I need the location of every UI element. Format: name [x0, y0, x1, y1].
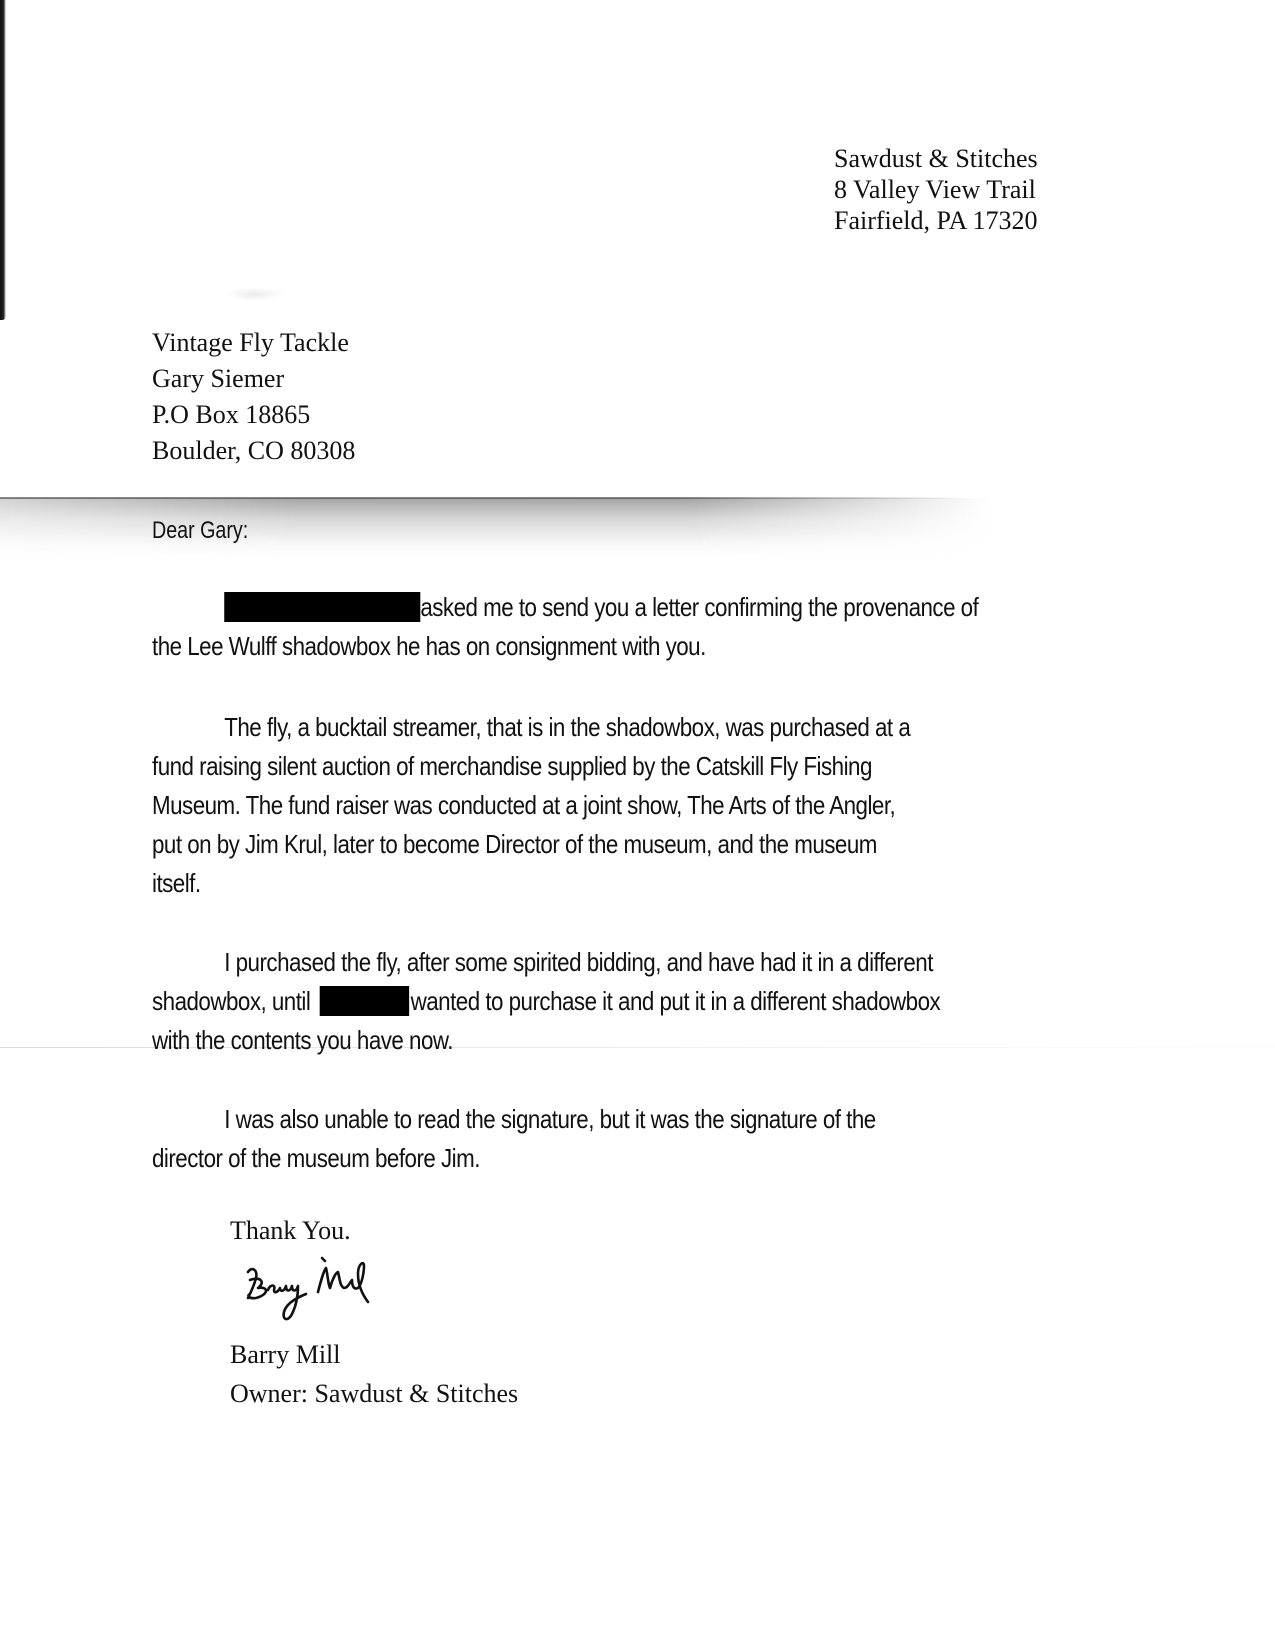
paragraph-2-line-5: itself. — [152, 864, 1021, 903]
paragraph-4-line-2: director of the museum before Jim. — [152, 1139, 1021, 1178]
paragraph-2: The fly, a bucktail streamer, that is in… — [152, 708, 1021, 903]
handwritten-signature — [240, 1250, 440, 1330]
paragraph-2-line-1: The fly, a bucktail streamer, that is in… — [224, 712, 910, 742]
closing: Thank You. — [230, 1213, 351, 1249]
paragraph-3: I purchased the fly, after some spirited… — [152, 943, 1021, 1060]
paragraph-2-line-4: put on by Jim Krul, later to become Dire… — [152, 825, 1021, 864]
signer-name: Barry Mill — [230, 1335, 518, 1374]
signer-title: Owner: Sawdust & Stitches — [230, 1374, 518, 1413]
sender-city: Fairfield, PA 17320 — [834, 205, 1038, 236]
paragraph-4-line-1: I was also unable to read the signature,… — [224, 1104, 875, 1134]
fold-shadow — [0, 498, 990, 558]
recipient-city: Boulder, CO 80308 — [152, 433, 355, 469]
paragraph-1-line-1: asked me to send you a letter confirming… — [420, 592, 978, 622]
paragraph-3-line-2b: wanted to purchase it and put it in a di… — [411, 986, 941, 1016]
paragraph-2-line-3: Museum. The fund raiser was conducted at… — [152, 786, 1021, 825]
paragraph-3-line-2a: shadowbox, until — [152, 986, 310, 1016]
sender-street: 8 Valley View Trail — [834, 174, 1038, 205]
recipient-name: Gary Siemer — [152, 361, 355, 397]
paragraph-3-line-1: I purchased the fly, after some spirited… — [224, 947, 933, 977]
signer-block: Barry Mill Owner: Sawdust & Stitches — [230, 1335, 518, 1413]
recipient-po-box: P.O Box 18865 — [152, 397, 355, 433]
paragraph-4: I was also unable to read the signature,… — [152, 1100, 1021, 1178]
redaction-block — [319, 986, 408, 1016]
recipient-address: Vintage Fly Tackle Gary Siemer P.O Box 1… — [152, 325, 355, 469]
paper-edge-shadow — [0, 0, 6, 320]
redaction-block — [224, 592, 420, 622]
sender-address: Sawdust & Stitches 8 Valley View Trail F… — [834, 143, 1038, 236]
salutation: Dear Gary: — [152, 513, 248, 549]
fold-crease — [0, 497, 960, 499]
paragraph-2-line-2: fund raising silent auction of merchandi… — [152, 747, 1021, 786]
recipient-company: Vintage Fly Tackle — [152, 325, 355, 361]
paragraph-3-line-3: with the contents you have now. — [152, 1021, 1021, 1060]
paragraph-1-line-2: the Lee Wulff shadowbox he has on consig… — [152, 627, 1021, 666]
paper-smudge — [225, 287, 285, 301]
sender-company: Sawdust & Stitches — [834, 143, 1038, 174]
paragraph-1: asked me to send you a letter confirming… — [152, 588, 1021, 666]
